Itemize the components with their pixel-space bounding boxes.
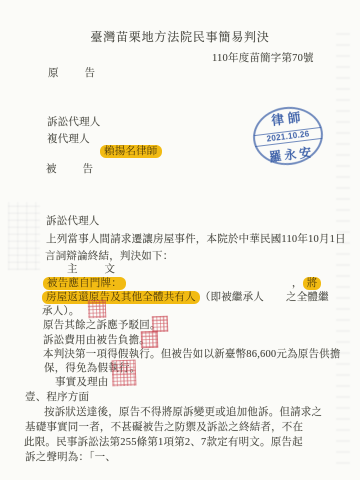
red-seal-icon <box>141 331 159 349</box>
lawyer-round-stamp-icon: 律師 2021.10.26 羅永安 <box>250 103 327 169</box>
stamp-name: 羅永安 <box>265 143 315 166</box>
reasons-heading: 事實及理由 <box>55 376 109 389</box>
document-title: 臺灣苗栗地方法院民事簡易判決 <box>0 31 360 44</box>
paragraph-line-3: 此限。民事訴訟法第255條第1項第2、7款定有明文。原告起 <box>24 436 303 449</box>
stamp-role: 律師 <box>266 107 305 129</box>
intro-line-2: 言詞辯論終結，判決如下： <box>45 250 173 263</box>
judgment-item-1-line-1: 被告應自門牌：，將 <box>43 277 321 290</box>
case-number: 110年度苗簡字第70號 <box>212 52 314 65</box>
section-1-title: 壹、程序方面 <box>25 391 89 404</box>
scan-artifact-left <box>8 202 40 270</box>
defendant-agent-label: 訴訟代理人 <box>46 215 100 228</box>
judgment-item-2-highlight: 房屋返還原告及其他全體共有人 <box>42 291 200 304</box>
plaintiff-label: 原告 <box>48 67 121 80</box>
sub-agent-name: 賴揚名律師 <box>100 145 162 158</box>
sub-agent-label: 複代理人 <box>47 133 90 146</box>
judgment-item-4-line-1: 本判決第一項得假執行。但被告如以新臺幣86,600元為原告供擔 <box>43 348 341 361</box>
scanned-judgment-page: 臺灣苗栗地方法院民事簡易判決 110年度苗簡字第70號 原告 訴訟代理人 複代理… <box>0 0 360 480</box>
paragraph-line-1: 按訴狀送達後，原告不得將原訴變更或追加他訴。但請求之 <box>44 406 322 419</box>
paragraph-line-2: 基礎事實同一者，不甚礙被告之防禦及訴訟之終結者，不在 <box>25 421 303 434</box>
judgment-item-1-highlight: 被告應自門牌： <box>43 277 126 290</box>
judgment-item-2: 原告其餘之訴應予駁回。 <box>43 319 161 332</box>
judgment-item-1-highlight-tail: 將 <box>303 277 322 290</box>
sub-agent-name-highlight: 賴揚名律師 <box>100 145 162 158</box>
red-seal-icon <box>152 316 169 333</box>
red-seal-icon <box>88 300 107 319</box>
red-seal-icon <box>112 360 137 387</box>
judgment-item-1-line-3: 承人）。 <box>42 305 80 318</box>
plaintiff-agent-label: 訴訟代理人 <box>47 116 101 129</box>
main-text-heading: 主文 <box>67 263 142 276</box>
scan-artifact-right-edge <box>336 28 350 464</box>
intro-line-1: 上列當事人間請求遷讓房屋事件，本院於中華民國110年10月1日 <box>46 233 346 246</box>
judgment-item-3: 訴訟費用由被告負擔。 <box>43 334 150 347</box>
judgment-item-1-line-2: 房屋返還原告及其他全體共有人（即被繼承人之全體繼 <box>42 291 329 304</box>
redacted-address-blank <box>126 285 292 286</box>
defendant-label: 被告 <box>46 163 119 176</box>
redacted-name-blank <box>264 299 286 300</box>
paragraph-line-4: 訴之聲明為：「一、 <box>25 451 116 464</box>
